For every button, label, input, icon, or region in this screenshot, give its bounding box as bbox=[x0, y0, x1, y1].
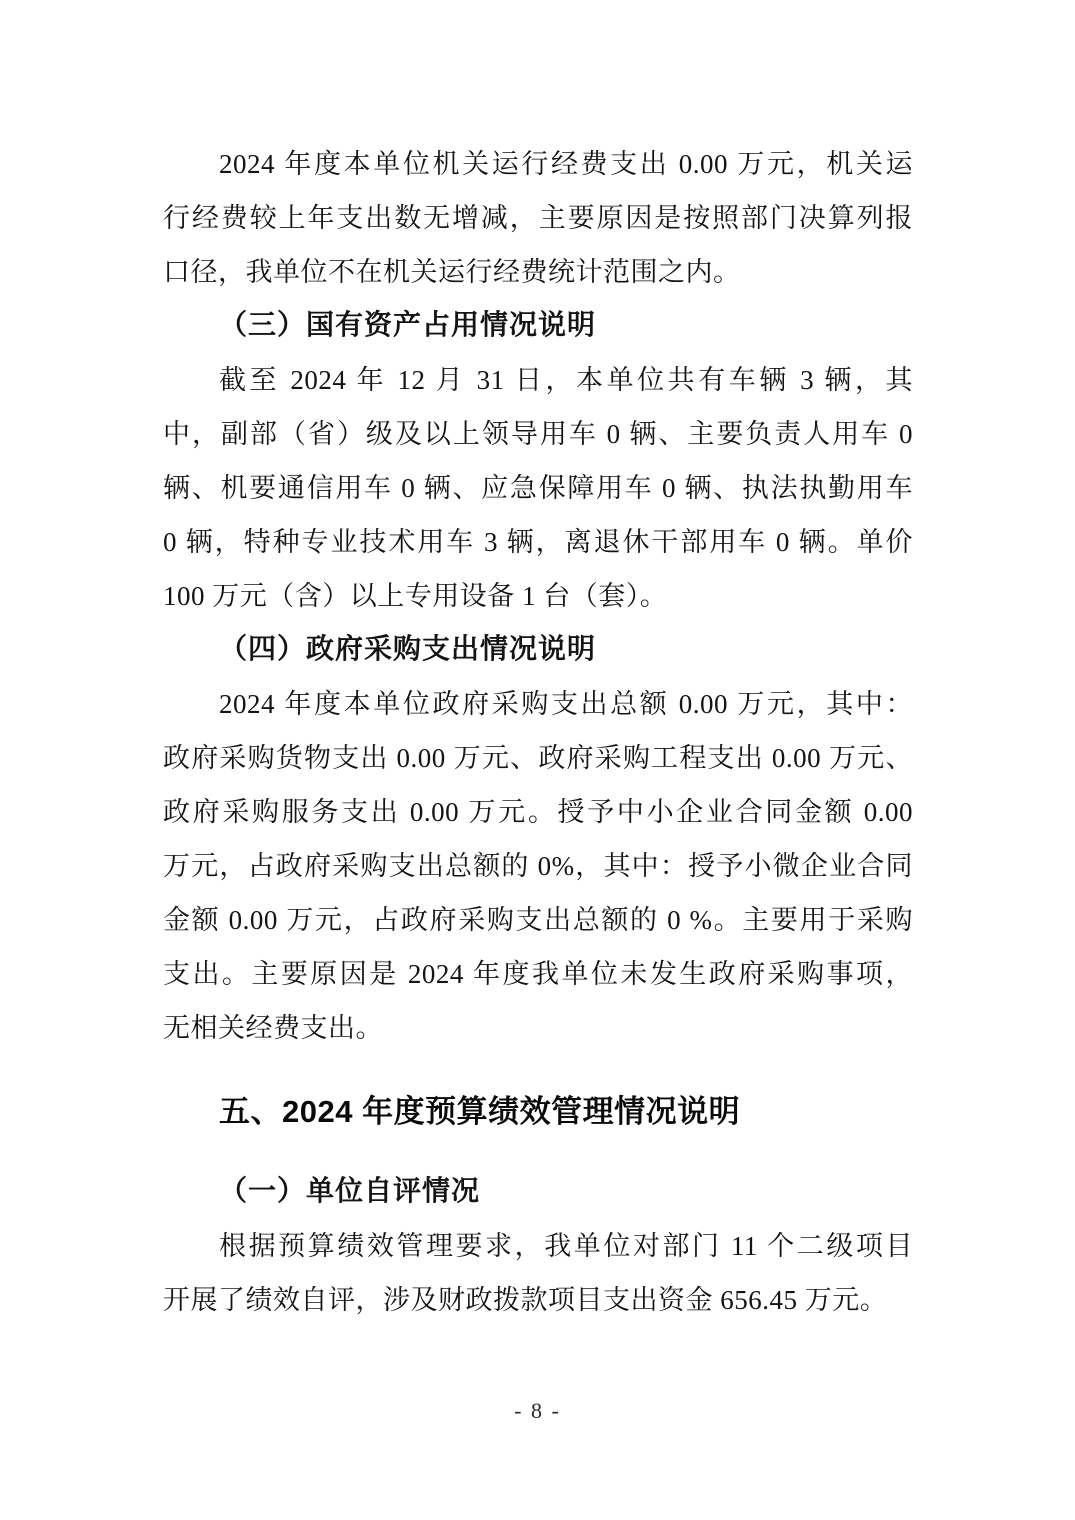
text-line: 辆、机要通信用车 0 辆、应急保障用车 0 辆、执法执勤用车 bbox=[163, 461, 913, 515]
text-line: 支出。主要原因是 2024 年度我单位未发生政府采购事项， bbox=[163, 947, 913, 1001]
paragraph-admin-expense: 2024 年度本单位机关运行经费支出 0.00 万元，机关运 行经费较上年支出数… bbox=[163, 137, 913, 299]
heading-procurement: （四）政府采购支出情况说明 bbox=[163, 623, 913, 677]
document-content: 2024 年度本单位机关运行经费支出 0.00 万元，机关运 行经费较上年支出数… bbox=[163, 137, 913, 1327]
text-line: 万元，占政府采购支出总额的 0%，其中：授予小微企业合同 bbox=[163, 839, 913, 893]
page-footer: - 8 - bbox=[0, 1398, 1075, 1424]
paragraph-self-eval: 根据预算绩效管理要求，我单位对部门 11 个二级项目 开展了绩效自评，涉及财政拨… bbox=[163, 1219, 913, 1327]
document-page: 2024 年度本单位机关运行经费支出 0.00 万元，机关运 行经费较上年支出数… bbox=[0, 0, 1075, 1520]
text-line: 根据预算绩效管理要求，我单位对部门 11 个二级项目 bbox=[163, 1219, 913, 1273]
page-number: - 8 - bbox=[514, 1398, 561, 1423]
text-line: 口径，我单位不在机关运行经费统计范围之内。 bbox=[163, 245, 913, 299]
text-line: 0 辆，特种专业技术用车 3 辆，离退休干部用车 0 辆。单价 bbox=[163, 515, 913, 569]
heading-self-eval: （一）单位自评情况 bbox=[163, 1165, 913, 1219]
text-line: 政府采购服务支出 0.00 万元。授予中小企业合同金额 0.00 bbox=[163, 785, 913, 839]
heading-state-assets: （三）国有资产占用情况说明 bbox=[163, 299, 913, 353]
paragraph-state-assets: 截至 2024 年 12 月 31 日，本单位共有车辆 3 辆，其 中，副部（省… bbox=[163, 353, 913, 623]
text-line: 100 万元（含）以上专用设备 1 台（套）。 bbox=[163, 569, 913, 623]
text-line: 2024 年度本单位机关运行经费支出 0.00 万元，机关运 bbox=[163, 137, 913, 191]
text-line: 行经费较上年支出数无增减，主要原因是按照部门决算列报 bbox=[163, 191, 913, 245]
heading-performance-section: 五、2024 年度预算绩效管理情况说明 bbox=[163, 1082, 913, 1142]
text-line: 中，副部（省）级及以上领导用车 0 辆、主要负责人用车 0 bbox=[163, 407, 913, 461]
text-line: 截至 2024 年 12 月 31 日，本单位共有车辆 3 辆，其 bbox=[163, 353, 913, 407]
text-line: 无相关经费支出。 bbox=[163, 1001, 913, 1055]
text-line: 开展了绩效自评，涉及财政拨款项目支出资金 656.45 万元。 bbox=[163, 1273, 913, 1327]
paragraph-procurement: 2024 年度本单位政府采购支出总额 0.00 万元，其中： 政府采购货物支出 … bbox=[163, 677, 913, 1055]
text-line: 金额 0.00 万元，占政府采购支出总额的 0 %。主要用于采购 bbox=[163, 893, 913, 947]
text-line: 2024 年度本单位政府采购支出总额 0.00 万元，其中： bbox=[163, 677, 913, 731]
text-line: 政府采购货物支出 0.00 万元、政府采购工程支出 0.00 万元、 bbox=[163, 731, 913, 785]
